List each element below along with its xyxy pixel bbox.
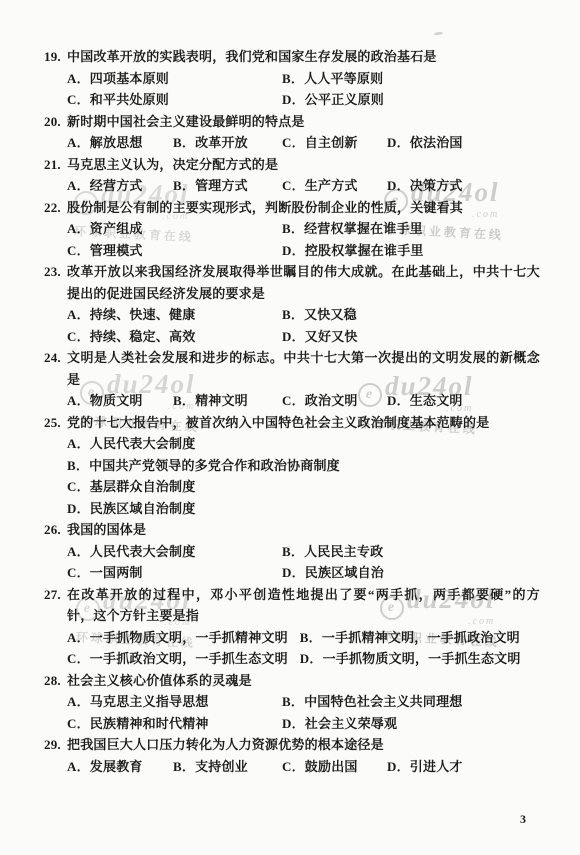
- stem-line: 把我国巨大人口压力转化为人力资源优势的根本途径是: [67, 734, 540, 756]
- option-row: A．发展教育B．支持创业C．鼓励出国D．引进人才: [67, 756, 545, 778]
- option-row: A．经营方式B．管理方式C．生产方式D．决策方式: [67, 175, 545, 197]
- stem-line: 党的十七大报告中，被首次纳入中国特色社会主义政治制度基本范畴的是: [67, 412, 540, 434]
- option: B．精神文明: [173, 390, 282, 412]
- option-row: C．持续、稳定、高效D．又好又快: [67, 326, 545, 348]
- question-stem: 社会主义核心价值体系的灵魂是: [67, 670, 540, 692]
- option-row: A．四项基本原则B．人人平等原则: [67, 68, 545, 90]
- option-row: A．马克思主义指导思想B．中国特色社会主义共同理想: [67, 691, 545, 713]
- option-row: A．人民代表大会制度: [67, 433, 545, 455]
- option: B．经营权掌握在谁手里: [282, 218, 423, 240]
- option: A．发展教育: [67, 756, 173, 778]
- option-row: C．民族精神和时代精神D．社会主义荣辱观: [67, 713, 545, 735]
- option: C．持续、稳定、高效: [67, 326, 282, 348]
- question: 22.股份制是公有制的主要实现形式，判断股份制企业的性质，关键看其A．资产组成B…: [0, 197, 545, 262]
- question: 23.改革开放以来我国经济发展取得举世瞩目的伟大成就。在此基础上，中共十七大提出…: [0, 261, 545, 347]
- option: B．人民民主专政: [282, 541, 383, 563]
- option: C．和平共处原则: [67, 89, 282, 111]
- option-row: C．管理模式D．控股权掌握在谁手里: [67, 240, 545, 262]
- question: 28.社会主义核心价值体系的灵魂是A．马克思主义指导思想B．中国特色社会主义共同…: [0, 670, 545, 735]
- option: D．公平正义原则: [282, 89, 384, 111]
- question: 24.文明是人类社会发展和进步的标志。中共十七大第一次提出的文明发展的新概念是A…: [0, 347, 545, 412]
- option: A．经营方式: [67, 175, 173, 197]
- option: C．生产方式: [282, 175, 387, 197]
- stem-line: 提出的促进国民经济发展的要求是: [67, 283, 540, 305]
- option: A．一手抓物质文明，一手抓精神文明: [67, 627, 288, 649]
- stem-line: 马克思主义认为，决定分配方式的是: [67, 154, 540, 176]
- option: C．管理模式: [67, 240, 282, 262]
- question-number: 29.: [44, 734, 61, 756]
- question-number: 21.: [44, 154, 61, 176]
- option: A．物质文明: [67, 390, 173, 412]
- question-number: 24.: [44, 347, 61, 369]
- stem-line: 我国的国体是: [67, 519, 540, 541]
- question-stem: 党的十七大报告中，被首次纳入中国特色社会主义政治制度基本范畴的是: [67, 412, 540, 434]
- option-row: C．基层群众自治制度: [67, 476, 545, 498]
- question-number: 19.: [44, 46, 61, 68]
- option: D．引进人才: [387, 756, 463, 778]
- option: C．民族精神和时代精神: [67, 713, 282, 735]
- option-row: D．民族区域自治制度: [67, 498, 545, 520]
- stem-line: 新时期中国社会主义建设最鲜明的特点是: [67, 111, 540, 133]
- question-stem: 改革开放以来我国经济发展取得举世瞩目的伟大成就。在此基础上，中共十七大提出的促进…: [67, 261, 540, 304]
- option: A．人民代表大会制度: [67, 541, 282, 563]
- option-row: A．物质文明B．精神文明C．政治文明D．生态文明: [67, 390, 545, 412]
- question-stem: 文明是人类社会发展和进步的标志。中共十七大第一次提出的文明发展的新概念是: [67, 347, 540, 390]
- option: D．一手抓物质文明，一手抓生态文明: [300, 648, 521, 670]
- option: D．民族区域自治制度: [67, 498, 195, 520]
- option: D．决策方式: [387, 175, 463, 197]
- option: A．人民代表大会制度: [67, 433, 195, 455]
- option: B．中国共产党领导的多党合作和政治协商制度: [67, 455, 340, 477]
- option: C．一国两制: [67, 562, 282, 584]
- question-stem: 把我国巨大人口压力转化为人力资源优势的根本途径是: [67, 734, 540, 756]
- page-number: 3: [520, 812, 526, 827]
- option: B．中国特色社会主义共同理想: [282, 691, 462, 713]
- stem-line: 是: [67, 369, 540, 391]
- question-stem: 在改革开放的过程中，邓小平创造性地提出了要“两手抓，两手都要硬”的方针，这个方针…: [67, 584, 540, 627]
- option-row: C．和平共处原则D．公平正义原则: [67, 89, 545, 111]
- question-stem: 我国的国体是: [67, 519, 540, 541]
- question: 19.中国改革开放的实践表明，我们党和国家生存发展的政治基石是A．四项基本原则B…: [0, 46, 545, 111]
- option: D．控股权掌握在谁手里: [282, 240, 424, 262]
- stem-line: 文明是人类社会发展和进步的标志。中共十七大第一次提出的文明发展的新概念: [67, 347, 540, 369]
- option: A．四项基本原则: [67, 68, 282, 90]
- option: C．自主创新: [282, 132, 387, 154]
- option: A．持续、快速、健康: [67, 304, 282, 326]
- scan-smudge: [434, 31, 443, 35]
- option-row: A．人民代表大会制度B．人民民主专政: [67, 541, 545, 563]
- option: C．政治文明: [282, 390, 387, 412]
- option: B．改革开放: [173, 132, 282, 154]
- question-stem: 中国改革开放的实践表明，我们党和国家生存发展的政治基石是: [67, 46, 540, 68]
- option: A．解放思想: [67, 132, 173, 154]
- option: B．管理方式: [173, 175, 282, 197]
- option-row: A．一手抓物质文明，一手抓精神文明B．一手抓精神文明，一手抓政治文明: [67, 627, 545, 649]
- question-stem: 股份制是公有制的主要实现形式，判断股份制企业的性质，关键看其: [67, 197, 540, 219]
- option: D．生态文明: [387, 390, 463, 412]
- option-row: C．一国两制D．民族区域自治: [67, 562, 545, 584]
- option-row: A．解放思想B．改革开放C．自主创新D．依法治国: [67, 132, 545, 154]
- question: 27.在改革开放的过程中，邓小平创造性地提出了要“两手抓，两手都要硬”的方针，这…: [0, 584, 545, 670]
- option: B．一手抓精神文明，一手抓政治文明: [300, 627, 520, 649]
- question: 25.党的十七大报告中，被首次纳入中国特色社会主义政治制度基本范畴的是A．人民代…: [0, 412, 545, 520]
- exam-page: edu24ol.com环球职业教育在线edu24ol.com环球职业教育在线ed…: [0, 0, 580, 855]
- option: B．又快又稳: [282, 304, 357, 326]
- option: D．又好又快: [282, 326, 358, 348]
- option: D．依法治国: [387, 132, 463, 154]
- question-stem: 马克思主义认为，决定分配方式的是: [67, 154, 540, 176]
- question-number: 23.: [44, 261, 61, 283]
- question: 26.我国的国体是A．人民代表大会制度B．人民民主专政C．一国两制D．民族区域自…: [0, 519, 545, 584]
- option: B．支持创业: [173, 756, 282, 778]
- stem-line: 针，这个方针主要是指: [67, 605, 540, 627]
- question-number: 22.: [44, 197, 61, 219]
- option: D．民族区域自治: [282, 562, 384, 584]
- stem-line: 改革开放以来我国经济发展取得举世瞩目的伟大成就。在此基础上，中共十七大: [67, 261, 540, 283]
- option-row: A．持续、快速、健康B．又快又稳: [67, 304, 545, 326]
- stem-line: 股份制是公有制的主要实现形式，判断股份制企业的性质，关键看其: [67, 197, 540, 219]
- question-list: 19.中国改革开放的实践表明，我们党和国家生存发展的政治基石是A．四项基本原则B…: [0, 46, 545, 777]
- option: A．资产组成: [67, 218, 282, 240]
- option: C．鼓励出国: [282, 756, 387, 778]
- question: 20.新时期中国社会主义建设最鲜明的特点是A．解放思想B．改革开放C．自主创新D…: [0, 111, 545, 154]
- option: C．一手抓政治文明，一手抓生态文明: [67, 648, 288, 670]
- question-number: 25.: [44, 412, 61, 434]
- option-row: A．资产组成B．经营权掌握在谁手里: [67, 218, 545, 240]
- question: 21.马克思主义认为，决定分配方式的是A．经营方式B．管理方式C．生产方式D．决…: [0, 154, 545, 197]
- question-number: 20.: [44, 111, 61, 133]
- question-number: 26.: [44, 519, 61, 541]
- question-number: 28.: [44, 670, 61, 692]
- stem-line: 在改革开放的过程中，邓小平创造性地提出了要“两手抓，两手都要硬”的方: [67, 584, 540, 606]
- question: 29.把我国巨大人口压力转化为人力资源优势的根本途径是A．发展教育B．支持创业C…: [0, 734, 545, 777]
- option: D．社会主义荣辱观: [282, 713, 397, 735]
- question-number: 27.: [44, 584, 61, 606]
- question-stem: 新时期中国社会主义建设最鲜明的特点是: [67, 111, 540, 133]
- option: B．人人平等原则: [282, 68, 383, 90]
- option-row: B．中国共产党领导的多党合作和政治协商制度: [67, 455, 545, 477]
- option: C．基层群众自治制度: [67, 476, 195, 498]
- stem-line: 中国改革开放的实践表明，我们党和国家生存发展的政治基石是: [67, 46, 540, 68]
- option: A．马克思主义指导思想: [67, 691, 282, 713]
- stem-line: 社会主义核心价值体系的灵魂是: [67, 670, 540, 692]
- option-row: C．一手抓政治文明，一手抓生态文明D．一手抓物质文明，一手抓生态文明: [67, 648, 545, 670]
